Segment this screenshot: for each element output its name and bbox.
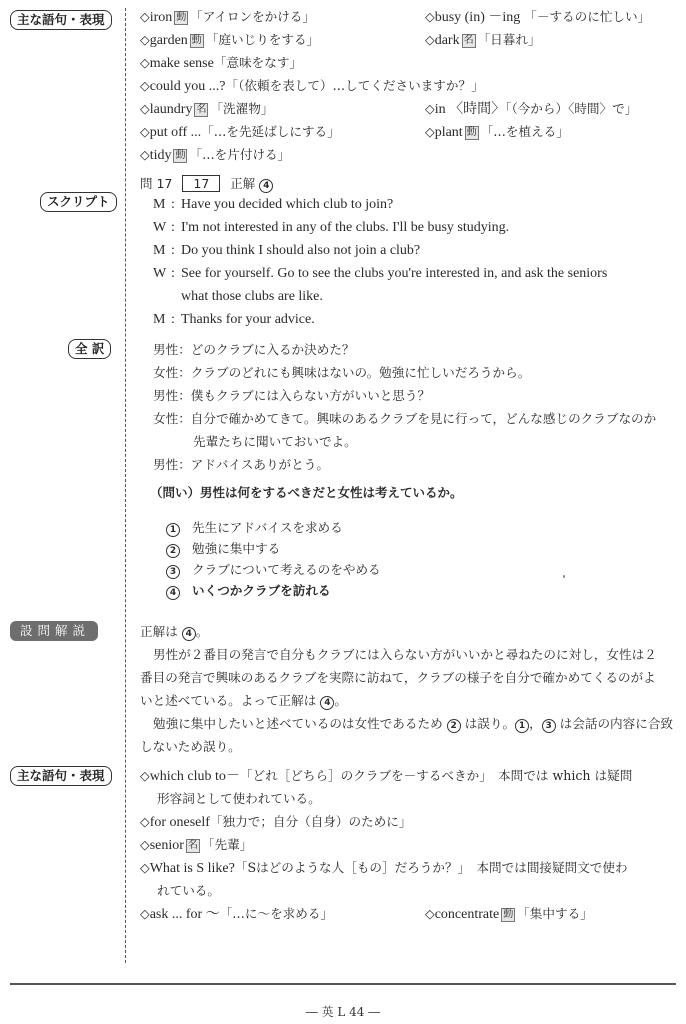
scan-speck — [563, 575, 565, 578]
utterance: アドバイスありがとう。 — [191, 457, 329, 472]
diamond-icon: ◇ — [140, 101, 150, 116]
explanation-answer: 正解は 4。 — [140, 623, 208, 641]
text: 正解は — [140, 624, 178, 639]
speaker: 女性 — [153, 411, 178, 426]
vocab-item: ◇tidy動「…を片付ける」 — [140, 146, 290, 165]
diamond-icon: ◇ — [140, 837, 150, 852]
vocab-item: ◇concentrate動「集中する」 — [425, 905, 593, 924]
explanation-line: 番目の発言で興味のあるクラブを実際に訪ねて，クラブの様子を自分で確かめてくるのが… — [140, 669, 656, 687]
utterance: Thanks for your advice. — [181, 312, 315, 327]
vocab-term: concentrate — [435, 907, 500, 922]
diamond-icon: ◇ — [140, 32, 150, 47]
vocab-item: ◇iron動「アイロンをかける」 — [140, 8, 315, 27]
vocab-item: ◇make sense「意味をなす」 — [140, 54, 302, 73]
choice-text: いくつかクラブを訪れる — [192, 583, 331, 598]
choice-item: 1先生にアドバイスを求める — [166, 519, 343, 537]
vocab-item: ◇in 〈時間〉「（今から）〈時間〉で」 — [425, 100, 637, 119]
vocab-meaning: 「…を先延ばしにする」 — [201, 124, 340, 139]
vocab-item: ◇dark名「日暮れ」 — [425, 31, 541, 50]
vocab-item: ◇senior名「先輩」 — [140, 836, 252, 855]
pos-badge: 動 — [173, 149, 187, 163]
section-label-explanation: 設問解説 — [10, 621, 98, 641]
pos-badge: 動 — [465, 126, 479, 140]
translation-line: 女性：自分で確かめてきて。興味のあるクラブを見に行って，どんな感じのクラブなのか — [153, 410, 656, 428]
utterance: 自分で確かめてきて。興味のあるクラブを見に行って，どんな感じのクラブなのか — [191, 411, 656, 426]
vocab-meaning: 「（依頼を表して）…してくださいますか？」 — [226, 78, 484, 93]
vocab-term: for oneself — [150, 815, 210, 830]
explanation-line: 勉強に集中したいと述べているのは女性であるため 2 は誤り。1，3 は会話の内容… — [153, 715, 673, 733]
script-line-continued: what those clubs are like. — [181, 288, 323, 306]
diamond-icon: ◇ — [425, 124, 435, 139]
text: 勉強に集中したいと述べているのは女性であるため — [153, 716, 443, 731]
text: 。 — [334, 693, 347, 708]
question-header: 問 1717正解 4 — [140, 175, 273, 193]
section-label-translation: 全 訳 — [68, 339, 111, 359]
choice-item-correct: 4いくつかクラブを訪れる — [166, 582, 331, 600]
answer-label: 正解 — [230, 176, 255, 191]
diamond-icon: ◇ — [140, 860, 150, 875]
vocab-meaning: 「庭いじりをする」 — [206, 32, 319, 47]
choice-item: 2勉強に集中する — [166, 540, 280, 558]
dashed-divider — [125, 8, 126, 963]
diamond-icon: ◇ — [140, 78, 150, 93]
vocab-term: dark — [435, 33, 460, 48]
choice-text: クラブについて考えるのをやめる — [192, 562, 381, 577]
vocab-meaning: 「（今から）〈時間〉で」 — [505, 101, 637, 116]
vocab-meaning: 「－するのに忙しい」 — [524, 9, 650, 24]
text: いと述べている。よって正解は — [140, 693, 316, 708]
speaker: W — [153, 265, 171, 283]
vocab-item-continued: れている。 — [157, 882, 220, 900]
translation-line: 女性：クラブのどれにも興味はないの。勉強に忙しいだろうから。 — [153, 364, 530, 382]
vocab-term: put off ... — [150, 125, 201, 140]
utterance: クラブのどれにも興味はないの。勉強に忙しいだろうから。 — [191, 365, 531, 380]
pos-badge: 動 — [190, 34, 204, 48]
diamond-icon: ◇ — [140, 55, 150, 70]
vocab-item: ◇which club to－「どれ［どちら］のクラブを－するべきか」 本問では… — [140, 767, 632, 786]
script-line: M:Thanks for your advice. — [153, 311, 315, 329]
vocab-term: garden — [150, 33, 188, 48]
vocab-meaning: 「先輩」 — [202, 837, 252, 852]
vocab-meaning: 「…を片付ける」 — [189, 147, 290, 162]
vocab-term: senior — [150, 838, 184, 853]
vocab-meaning: 「…を植える」 — [481, 124, 569, 139]
vocab-term: What is S like? — [150, 861, 235, 876]
vocab-term: which club to－ — [150, 769, 240, 784]
question-prompt: （問い）男性は何をするべきだと女性は考えているか。 — [150, 484, 463, 502]
explanation-line: いと述べている。よって正解は 4。 — [140, 692, 347, 710]
section-label-vocab: 主な語句・表現 — [10, 766, 112, 786]
utterance: Do you think I should also not join a cl… — [181, 243, 420, 258]
vocab-meaning: 「意味をなす」 — [214, 55, 302, 70]
vocab-term: ask ... for ～ — [150, 907, 220, 922]
choice-number-icon: 1 — [515, 719, 529, 733]
footer-rule — [10, 983, 676, 985]
question-number: 問 17 — [140, 176, 172, 191]
choice-number-icon: 3 — [542, 719, 556, 733]
diamond-icon: ◇ — [425, 101, 435, 116]
answer-circle-number: 4 — [320, 696, 334, 710]
vocab-item: ◇laundry名「洗濯物」 — [140, 100, 273, 119]
script-line: M:Do you think I should also not join a … — [153, 242, 420, 260]
speaker: 男性 — [153, 388, 178, 403]
translation-line: 男性：どのクラブに入るか決めた？ — [153, 341, 355, 359]
vocab-meaning: 「集中する」 — [517, 906, 593, 921]
vocab-term: iron — [150, 10, 173, 25]
script-line: M:Have you decided which club to join? — [153, 196, 393, 214]
vocab-term: make sense — [150, 56, 214, 71]
text: は誤り。 — [465, 716, 515, 731]
utterance: I'm not interested in any of the clubs. … — [181, 220, 509, 235]
choice-number-icon: 2 — [447, 719, 461, 733]
diamond-icon: ◇ — [140, 124, 150, 139]
vocab-meaning: 「独力で；自分（自身）のために」 — [210, 814, 412, 829]
choice-number-icon: 4 — [166, 586, 180, 600]
vocab-term: laundry — [150, 102, 193, 117]
diamond-icon: ◇ — [140, 906, 150, 921]
vocab-term: could you ...? — [150, 79, 226, 94]
translation-line-continued: 先輩たちに聞いておいでよ。 — [193, 433, 357, 451]
diamond-icon: ◇ — [140, 814, 150, 829]
choice-number-icon: 3 — [166, 565, 180, 579]
script-line: W:I'm not interested in any of the clubs… — [153, 219, 509, 237]
vocab-item: ◇could you ...?「（依頼を表して）…してくださいますか？」 — [140, 77, 484, 96]
pos-badge: 動 — [501, 908, 515, 922]
pos-badge: 名 — [462, 34, 476, 48]
vocab-item-continued: 形容詞として使われている。 — [157, 790, 321, 808]
vocab-item: ◇busy (in) －ing 「－するのに忙しい」 — [425, 8, 650, 27]
document-page: 主な語句・表現 ◇iron動「アイロンをかける」 ◇busy (in) －ing… — [0, 0, 686, 1024]
speaker: 女性 — [153, 365, 178, 380]
speaker: M — [153, 242, 171, 260]
choice-text: 勉強に集中する — [192, 541, 280, 556]
pos-badge: 名 — [194, 103, 208, 117]
answer-circle-number: 4 — [259, 179, 273, 193]
vocab-item: ◇garden動「庭いじりをする」 — [140, 31, 319, 50]
script-line: W:See for yourself. Go to see the clubs … — [153, 265, 607, 283]
vocab-item: ◇for oneself「独力で；自分（自身）のために」 — [140, 813, 411, 832]
utterance: どのクラブに入るか決めた？ — [191, 342, 355, 357]
vocab-term: tidy — [150, 148, 172, 163]
speaker: M — [153, 311, 171, 329]
vocab-meaning: 「Sはどのような人［もの］だろうか？」 本問では間接疑問文で使わ — [235, 860, 628, 875]
diamond-icon: ◇ — [425, 32, 435, 47]
choice-text: 先生にアドバイスを求める — [192, 520, 343, 535]
vocab-meaning: 「…に～を求める」 — [220, 906, 333, 921]
explanation-line: 男性が２番目の発言で自分もクラブには入らない方がいいかと尋ねたのに対し，女性は２ — [153, 646, 657, 664]
vocab-meaning: 「アイロンをかける」 — [190, 9, 315, 24]
explanation-line: しないため誤り。 — [140, 738, 241, 756]
diamond-icon: ◇ — [140, 9, 150, 24]
section-label-vocab: 主な語句・表現 — [10, 10, 112, 30]
pos-badge: 動 — [174, 11, 188, 25]
vocab-item: ◇ask ... for ～「…に～を求める」 — [140, 905, 333, 924]
vocab-item: ◇What is S like?「Sはどのような人［もの］だろうか？」 本問では… — [140, 859, 628, 878]
diamond-icon: ◇ — [140, 147, 150, 162]
text: ， — [529, 716, 542, 731]
choice-item: 3クラブについて考えるのをやめる — [166, 561, 381, 579]
section-label-script: スクリプト — [40, 192, 117, 212]
pos-badge: 名 — [186, 839, 200, 853]
speaker: W — [153, 219, 171, 237]
answer-box: 17 — [182, 175, 220, 192]
diamond-icon: ◇ — [140, 768, 150, 783]
vocab-meaning: 「日暮れ」 — [478, 32, 541, 47]
utterance: See for yourself. Go to see the clubs yo… — [181, 266, 607, 281]
vocab-term: plant — [435, 125, 463, 140]
vocab-term: in 〈時間〉 — [435, 102, 505, 117]
speaker: 男性 — [153, 342, 178, 357]
choice-number-icon: 2 — [166, 544, 180, 558]
diamond-icon: ◇ — [425, 906, 435, 921]
text: は会話の内容に合致 — [560, 716, 673, 731]
translation-line: 男性：アドバイスありがとう。 — [153, 456, 329, 474]
utterance: Have you decided which club to join? — [181, 197, 393, 212]
text: 。 — [196, 624, 209, 639]
choice-number-icon: 1 — [166, 523, 180, 537]
vocab-term: busy (in) －ing — [435, 10, 521, 25]
vocab-item: ◇plant動「…を植える」 — [425, 123, 569, 142]
diamond-icon: ◇ — [425, 9, 435, 24]
speaker: M — [153, 196, 171, 214]
answer-circle-number: 4 — [182, 627, 196, 641]
translation-line: 男性：僕もクラブには入らない方がいいと思う？ — [153, 387, 430, 405]
vocab-meaning: 「洗濯物」 — [210, 101, 273, 116]
vocab-item: ◇put off ...「…を先延ばしにする」 — [140, 123, 340, 142]
speaker: 男性 — [153, 457, 178, 472]
page-number: ― 英 L 44 ― — [0, 1003, 686, 1020]
utterance: 僕もクラブには入らない方がいいと思う？ — [191, 388, 430, 403]
vocab-meaning: 「どれ［どちら］のクラブを－するべきか」 本問では which は疑問 — [240, 768, 632, 783]
